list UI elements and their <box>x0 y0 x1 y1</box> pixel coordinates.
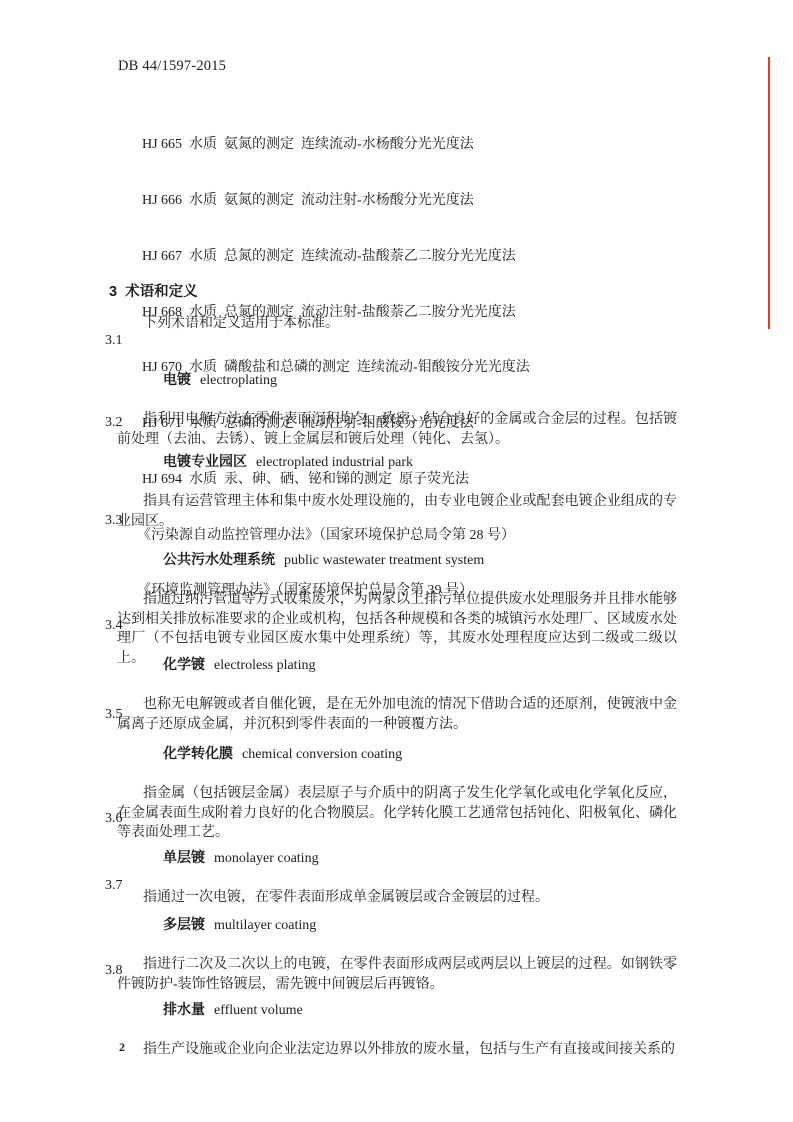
term-title: 化学镀electroless plating <box>105 636 677 696</box>
term-en: public wastewater treatment system <box>284 553 484 568</box>
reference-item: HJ 666 水质 氨氮的测定 流动注射-水杨酸分光光度法 <box>137 192 530 211</box>
red-annotation-line <box>768 57 770 329</box>
term-title: 电镀专业园区electroplated industrial park <box>105 433 677 493</box>
reference-item: HJ 667 水质 总氮的测定 连续流动-盐酸萘乙二胺分光光度法 <box>137 248 530 267</box>
term-zh: 化学镀 <box>163 656 205 672</box>
term-zh: 单层镀 <box>163 849 205 865</box>
term-title: 电镀electroplating <box>105 351 677 411</box>
term-en: monolayer coating <box>214 851 319 866</box>
section-heading: 3 术语和定义 <box>109 280 198 301</box>
term-en: chemical conversion coating <box>242 747 402 762</box>
reference-item: HJ 665 水质 氨氮的测定 连续流动-水杨酸分光光度法 <box>137 136 530 155</box>
term-number: 3.2 <box>105 413 677 433</box>
term-en: electroless plating <box>214 658 315 673</box>
term-title: 排水量effluent volume <box>105 981 677 1041</box>
term-zh: 电镀 <box>163 371 191 387</box>
term-title: 化学转化膜chemical conversion coating <box>105 725 677 785</box>
term-zh: 公共污水处理系统 <box>163 551 275 567</box>
section-intro: 下列术语和定义适用于本标准。 <box>105 312 677 332</box>
term-number: 3.1 <box>105 331 677 351</box>
term-title: 公共污水处理系统public wastewater treatment syst… <box>105 531 677 591</box>
term-number: 3.6 <box>105 809 677 829</box>
term-en: electroplating <box>200 373 277 388</box>
doc-code: DB 44/1597-2015 <box>118 58 226 75</box>
page-number: 2 <box>119 1040 125 1055</box>
term-zh: 化学转化膜 <box>163 745 233 761</box>
term-number: 3.4 <box>105 616 677 636</box>
term-definition: 指生产设施或企业向企业法定边界以外排放的废水量，包括与生产有直接或间接关系的 <box>105 1040 677 1060</box>
document-page: DB 44/1597-2015 HJ 665 水质 氨氮的测定 连续流动-水杨酸… <box>0 0 793 1122</box>
term-block: 3.8 排水量effluent volume 指生产设施或企业向企业法定边界以外… <box>105 961 677 1060</box>
term-number: 3.3 <box>105 511 677 531</box>
term-number: 3.7 <box>105 876 677 896</box>
term-en: electroplated industrial park <box>256 455 413 470</box>
term-title: 多层镀multilayer coating <box>105 896 677 956</box>
term-number: 3.5 <box>105 705 677 725</box>
term-zh: 排水量 <box>163 1001 205 1017</box>
term-zh: 多层镀 <box>163 916 205 932</box>
term-en: multilayer coating <box>214 918 316 933</box>
term-en: effluent volume <box>214 1003 303 1018</box>
term-zh: 电镀专业园区 <box>163 453 247 469</box>
term-number: 3.8 <box>105 961 677 981</box>
